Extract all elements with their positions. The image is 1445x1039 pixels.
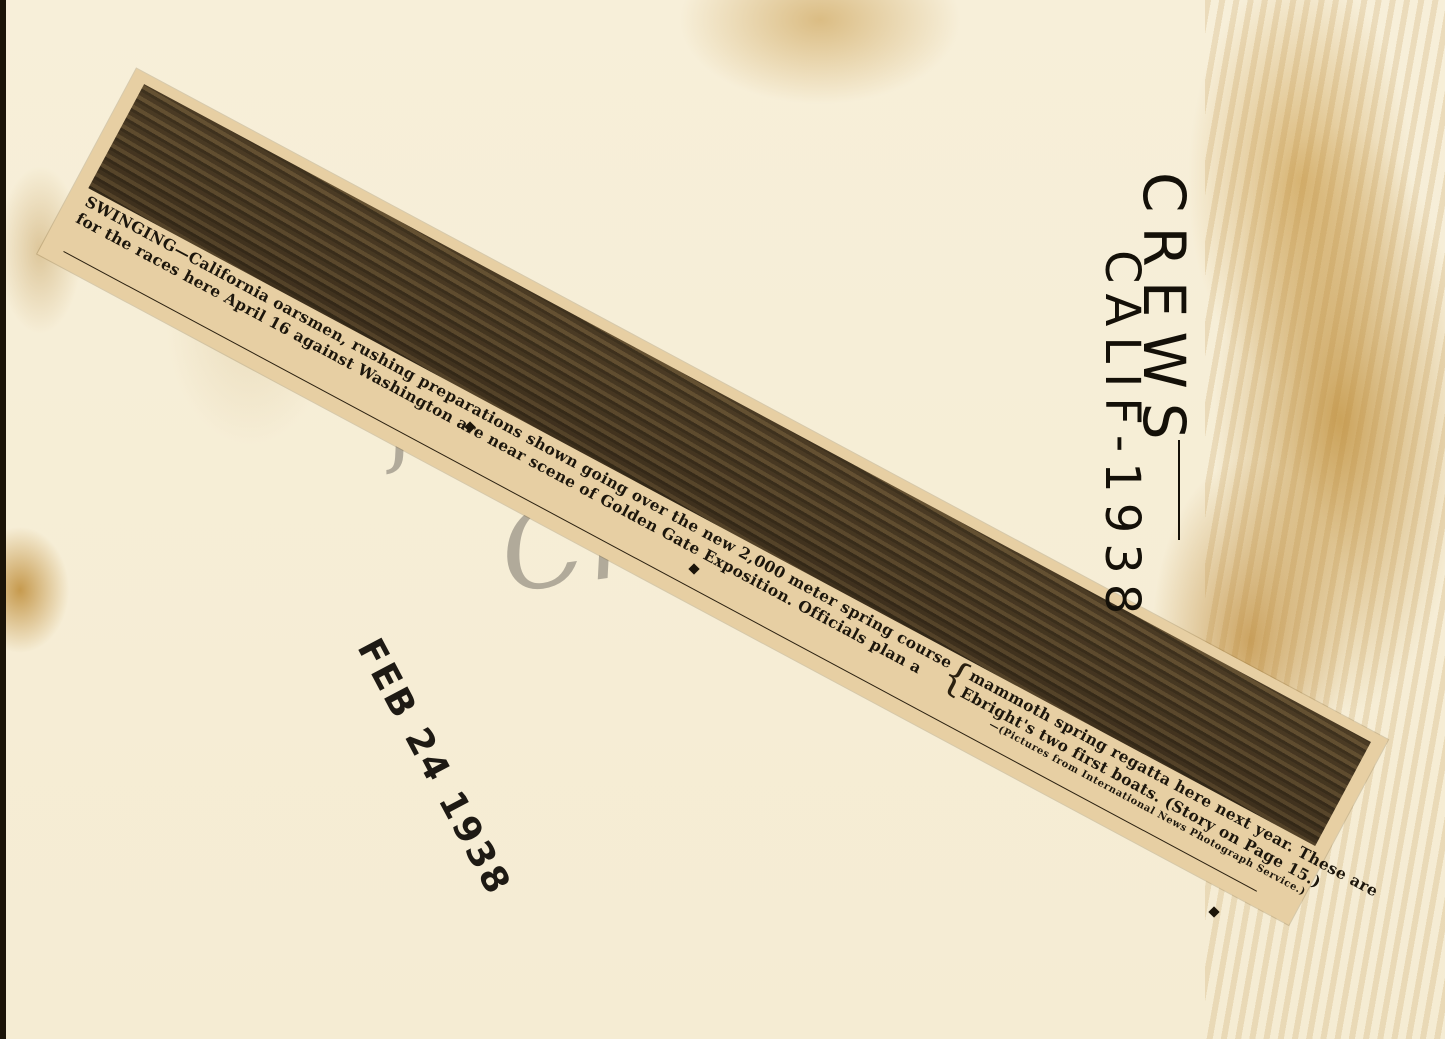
handwritten-subtitle: CALIF-1938 (1094, 250, 1150, 624)
scan-edge (0, 0, 6, 1039)
handwritten-underline (1178, 440, 1180, 540)
